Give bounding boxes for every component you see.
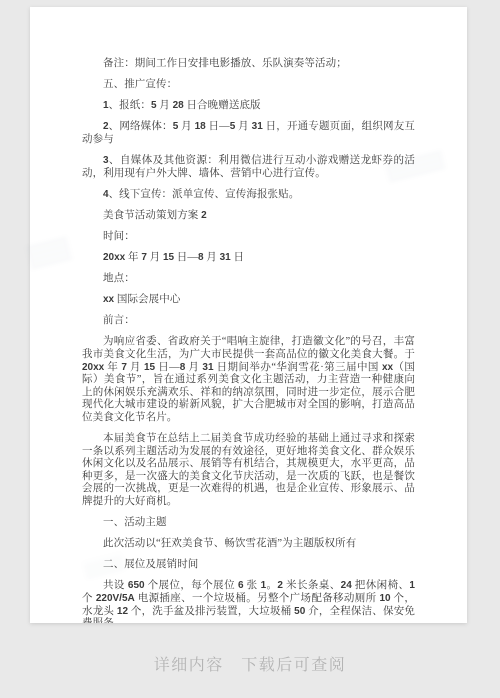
doc-paragraph-booths: 共设 650 个展位，每个展位 6 张 1。2 米长条桌、24 把休闲椅、1 个… (82, 580, 415, 623)
doc-paragraph-theme: 此次活动以“狂欢美食节、畅饮雪花酒”为主题版权所有 (82, 538, 415, 551)
doc-list-item-1: 1、报纸：5 月 28 日合晚赠送底版 (82, 100, 415, 113)
preview-caption: 详细内容 下载后可查阅 (0, 653, 500, 679)
doc-value-place: xx 国际会展中心 (82, 294, 415, 307)
doc-list-item-2: 2、网络媒体：5 月 18 日—5 月 31 日，开通专题页面，组织网友互动参与 (82, 121, 415, 146)
doc-paragraph-preface-2: 本届美食节在总结上二届美食节成功经验的基础上通过寻求和探索一条以系列主题活动为发… (82, 433, 415, 509)
doc-title-plan-2: 美食节活动策划方案 2 (82, 210, 415, 223)
doc-heading-section-5: 五、推广宣传： (82, 79, 415, 92)
doc-heading-section-1: 一、活动主题 (82, 517, 415, 530)
document-page: 备注：期间工作日安排电影播放、乐队演奏等活动； 五、推广宣传： 1、报纸：5 月… (30, 7, 467, 623)
doc-list-item-3: 3、自媒体及其他资源：利用微信进行互动小游戏赠送龙虾券的活动，利用现有户外大牌、… (82, 155, 415, 180)
doc-label-time: 时间： (82, 231, 415, 244)
doc-label-place: 地点： (82, 273, 415, 286)
document-preview: 备注：期间工作日安排电影播放、乐队演奏等活动； 五、推广宣传： 1、报纸：5 月… (0, 0, 500, 698)
doc-paragraph-preface-1: 为响应省委、省政府关于“唱响主旋律，打造徽文化”的号召，丰富我市美食文化生活，为… (82, 336, 415, 424)
doc-value-time: 20xx 年 7 月 15 日—8 月 31 日 (82, 252, 415, 265)
doc-heading-section-2: 二、展位及展销时间 (82, 559, 415, 572)
doc-label-preface: 前言： (82, 315, 415, 328)
doc-paragraph-note: 备注：期间工作日安排电影播放、乐队演奏等活动； (82, 58, 415, 71)
doc-list-item-4: 4、线下宣传：派单宣传、宣传海报张贴。 (82, 189, 415, 202)
